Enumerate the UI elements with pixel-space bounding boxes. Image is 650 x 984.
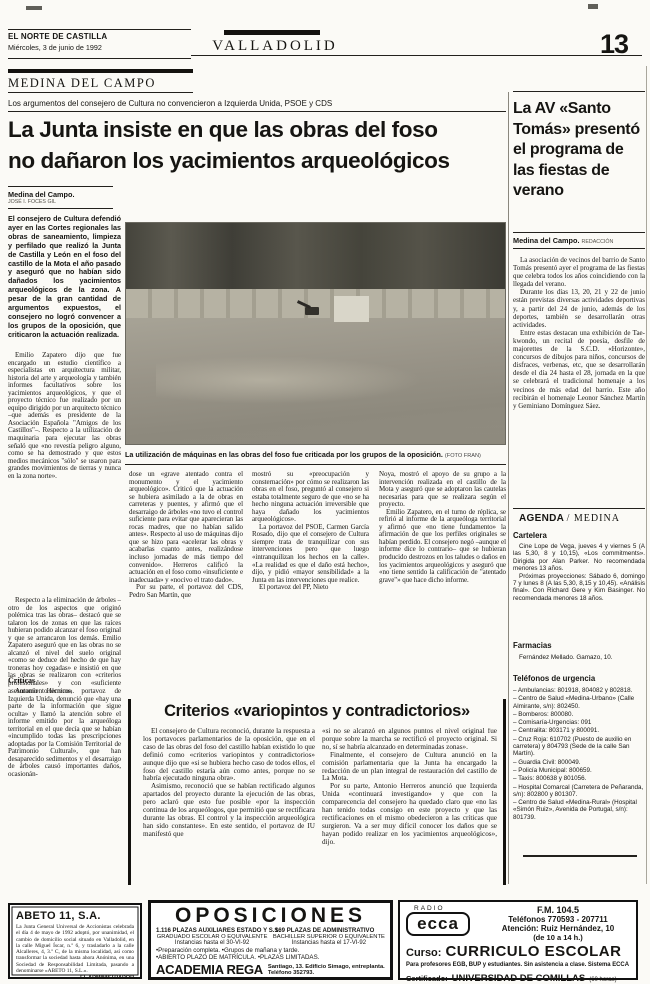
article-paragraph: El portavoz del PP, Nieto bbox=[252, 584, 369, 592]
ad-oposiciones-phone: Teléfono 352793. bbox=[268, 970, 385, 976]
article-paragraph: Emilio Zapatero dijo que fue encargado u… bbox=[8, 352, 121, 480]
scan-mark bbox=[26, 6, 42, 10]
criterios-right-bar bbox=[503, 699, 506, 885]
headline-line1: La Junta insiste en que las obras del fo… bbox=[8, 114, 506, 145]
ad-ecca: RADIO ecca F.M. 104.5 Teléfonos 770593 -… bbox=[398, 900, 638, 980]
article-paragraph: Antonio Herreros, portavoz de Izquierda … bbox=[8, 688, 121, 779]
article-paragraph: Noya, mostró el apoyo de su grupo a la i… bbox=[379, 471, 506, 509]
headline-line2: no dañaron los yacimientos arqueológicos bbox=[8, 145, 506, 176]
telefono-item: – Centro de Salud «Medina-Urbano» (Calle… bbox=[513, 695, 645, 710]
photo-excavator bbox=[297, 303, 323, 317]
telefono-item: – Cruz Roja: 610702 (Puesto de auxilio e… bbox=[513, 736, 645, 758]
ecca-logo-radio: RADIO bbox=[414, 905, 478, 912]
cartelera-item: Cine Lope de Vega, jueves 4 y viernes 5 … bbox=[513, 543, 645, 573]
region-label: MEDINA DEL CAMPO bbox=[8, 76, 156, 91]
sidebar-paragraph: Entre estas destacan una exhibición de T… bbox=[513, 329, 645, 410]
agenda-farmacias-text: Fernández Mellado. Gamazo, 10. bbox=[513, 654, 645, 661]
sidebar-byline-author: REDACCIÓN bbox=[582, 239, 614, 245]
agenda-telefonos-title: Teléfonos de urgencia bbox=[513, 674, 595, 683]
agenda-title: AGENDA / MEDINA bbox=[519, 513, 620, 524]
ecca-cert-label: Certificado: bbox=[406, 974, 448, 983]
criterios-left-bar bbox=[128, 699, 131, 885]
byline-top-rule bbox=[8, 186, 113, 187]
photo-dirt-streak bbox=[156, 356, 421, 405]
ad-oposiciones-right-plazas: 169 PLAZAS DE ADMINISTRATIVO bbox=[273, 927, 376, 934]
ad-oposiciones-left-plazas: 1.116 PLAZAS AUXILIARES ESTADO Y S.S. bbox=[156, 927, 259, 934]
cartelera-item: Próximas proyecciones: Sábado 6, domingo… bbox=[513, 573, 645, 603]
ecca-cert-hours: (60 horas) bbox=[589, 977, 616, 983]
ecca-hours: (de 10 a 14 h.) bbox=[486, 933, 630, 942]
ad-abeto-title: ABETO 11, S.A. bbox=[16, 910, 134, 922]
photo-trees bbox=[126, 223, 505, 289]
masthead-bottom-rule bbox=[191, 55, 642, 56]
article-paragraph: Emilio Zapatero, en el turno de réplica,… bbox=[379, 509, 506, 584]
ad-oposiciones-title: OPOSICIONES bbox=[156, 905, 385, 926]
region-label-rule bbox=[8, 92, 193, 93]
sidebar-paragraph: La asociación de vecinos del barrio de S… bbox=[513, 256, 645, 288]
criterios-paragraph: «si no se alcanzó en algunos puntos el n… bbox=[322, 728, 497, 752]
ecca-attention: Atención: Ruiz Hernández, 10 bbox=[486, 924, 630, 933]
ad-oposiciones-academy: ACADEMIA REGA bbox=[156, 962, 263, 977]
sidebar-paragraph: Durante los días 13, 20, 21 y 22 de juni… bbox=[513, 288, 645, 328]
agenda-cartelera: Cine Lope de Vega, jueves 4 y viernes 5 … bbox=[513, 543, 645, 602]
telefono-item: – Taxis: 800638 y 801056. bbox=[513, 775, 645, 782]
criterios-headline: Criterios «variopintos y contradictorios… bbox=[137, 702, 497, 721]
article-subhead: Críticas bbox=[8, 676, 35, 685]
article-paragraph: La portavoz del PSOE, Carmen García Rosa… bbox=[252, 524, 369, 584]
article-paragraph: Por su parte, el portavoz del CDS, Pedro… bbox=[129, 584, 243, 599]
criterios-paragraph: Finalmente, el consejero de Cultura anun… bbox=[322, 752, 497, 784]
newspaper-page: EL NORTE DE CASTILLA Miércoles, 3 de jun… bbox=[0, 0, 650, 984]
ad-oposiciones-address: Santiago, 13. Edificio Simago, entreplan… bbox=[268, 964, 385, 970]
caption-rule bbox=[125, 464, 506, 465]
agenda-telefonos: – Ambulancias: 801918, 804082 y 802818. … bbox=[513, 687, 645, 822]
ecca-fm: F.M. 104.5 bbox=[486, 905, 630, 915]
sidebar-top-rule bbox=[513, 91, 645, 92]
agenda-bottom-rule bbox=[523, 855, 637, 857]
sidebar-byline-place: Medina del Campo. bbox=[513, 236, 580, 245]
ad-oposiciones: OPOSICIONES 1.116 PLAZAS AUXILIARES ESTA… bbox=[148, 900, 393, 980]
article-col2: dose un «grave atentado contra el monume… bbox=[129, 471, 243, 695]
criterios-paragraph: Asimismo, reconoció que se habían rectif… bbox=[143, 783, 315, 838]
byline-author: JOSÉ I. FOCES GIL bbox=[8, 199, 56, 205]
telefono-item: – Hospital Comarcal (Carretera de Peñara… bbox=[513, 784, 645, 799]
telefono-item: – Centro de Salud «Medina-Rural» (Hospit… bbox=[513, 799, 645, 821]
byline-bottom-rule bbox=[8, 208, 113, 209]
masthead-date: Miércoles, 3 de junio de 1992 bbox=[8, 43, 102, 52]
ecca-course-name: CURRICULO ESCOLAR bbox=[445, 943, 621, 960]
article-col1: Emilio Zapatero dijo que fue encargado u… bbox=[8, 352, 121, 602]
telefono-item: – Centralita: 803171 y 800091. bbox=[513, 727, 645, 734]
ecca-course-label: Curso: bbox=[406, 947, 441, 959]
ad-oposiciones-right-deadline: Instancias hasta el 17-VI-92 bbox=[273, 940, 385, 946]
sidebar-byline: Medina del Campo. REDACCIÓN bbox=[513, 236, 613, 245]
agenda-farmacias-title: Farmacias bbox=[513, 641, 552, 650]
photo-caption-text: La utilización de máquinas en las obras … bbox=[125, 450, 443, 459]
byline-place: Medina del Campo. bbox=[8, 190, 75, 199]
masthead-left-rule bbox=[8, 58, 191, 59]
criterios-col2: «si no se alcanzó en algunos puntos el n… bbox=[322, 728, 497, 884]
article-photo bbox=[125, 222, 506, 445]
ecca-phones: Teléfonos 770593 - 207711 bbox=[486, 915, 630, 924]
telefono-item: – Guardia Civil: 800049. bbox=[513, 759, 645, 766]
photo-caption: La utilización de máquinas en las obras … bbox=[125, 450, 506, 459]
agenda-title-right: / MEDINA bbox=[567, 513, 620, 524]
headline: La Junta insiste en que las obras del fo… bbox=[8, 114, 506, 176]
sidebar-byline-bottom-rule bbox=[513, 248, 645, 249]
paper-name: EL NORTE DE CASTILLA bbox=[8, 32, 107, 41]
ecca-cert-name: UNIVERSIDAD DE COMILLAS bbox=[452, 973, 586, 984]
kicker-rule bbox=[8, 111, 506, 112]
ad-oposiciones-bullets1: •Preparación completa. •Grupos de mañana… bbox=[156, 947, 385, 954]
section-bar bbox=[224, 30, 320, 35]
agenda-cartelera-title: Cartelera bbox=[513, 531, 547, 540]
main-sidebar-divider bbox=[508, 92, 509, 884]
sidebar-byline-top-rule bbox=[513, 232, 645, 233]
article-lead: El consejero de Cultura defendió ayer en… bbox=[8, 215, 121, 340]
telefono-item: – Policía Municipal: 800659. bbox=[513, 767, 645, 774]
kicker: Los argumentos del consejero de Cultura … bbox=[8, 99, 506, 108]
article-col4: Noya, mostró el apoyo de su grupo a la i… bbox=[379, 471, 506, 695]
ad-abeto-body: La Junta General Universal de Accionista… bbox=[16, 924, 134, 974]
ecca-logo: RADIO ecca bbox=[406, 905, 478, 942]
criterios-col1: El consejero de Cultura reconoció, duran… bbox=[143, 728, 315, 884]
telefono-item: – Ambulancias: 801918, 804082 y 802818. bbox=[513, 687, 645, 694]
ad-oposiciones-bullets2: •ABIERTO PLAZO DE MATRÍCULA. •PLAZAS LIM… bbox=[156, 954, 385, 961]
agenda-title-left: AGENDA bbox=[519, 513, 564, 524]
criterios-paragraph: El consejero de Cultura reconoció, duran… bbox=[143, 728, 315, 783]
sidebar-body: La asociación de vecinos del barrio de S… bbox=[513, 256, 645, 506]
telefono-item: – Comisaría-Urgencias: 091 bbox=[513, 719, 645, 726]
agenda-top-rule bbox=[513, 508, 645, 509]
region-label-bar bbox=[8, 69, 193, 73]
photo-credit: (FOTO FRAN) bbox=[445, 453, 481, 459]
excavator-body bbox=[305, 307, 319, 315]
page-right-rule bbox=[646, 66, 647, 884]
ad-oposiciones-left-deadline: Instancias hasta el 30-VI-92 bbox=[156, 940, 268, 946]
sidebar-headline: La AV «Santo Tomás» presentó el programa… bbox=[513, 99, 645, 202]
article-col1c: Antonio Herreros, portavoz de Izquierda … bbox=[8, 688, 121, 880]
article-paragraph: mostró su «preocupación y consternación»… bbox=[252, 471, 369, 524]
ecca-logo-box: ecca bbox=[406, 912, 470, 936]
scan-mark bbox=[588, 4, 598, 9]
section-title: VALLADOLID bbox=[190, 38, 360, 55]
ecca-audience: Para profesores EGB, BUP y estudiantes. … bbox=[406, 961, 623, 968]
ad-abeto: ABETO 11, S.A. La Junta General Universa… bbox=[8, 903, 142, 979]
ad-abeto-signature: EL ADMINISTRADOR bbox=[16, 975, 134, 981]
telefono-item: – Bomberos: 800080. bbox=[513, 711, 645, 718]
masthead-top-rule bbox=[8, 29, 191, 30]
article-col3: mostró su «preocupación y consternación»… bbox=[252, 471, 369, 695]
criterios-paragraph: Por su parte, Antonio Herreros anunció q… bbox=[322, 783, 497, 846]
article-paragraph: dose un «grave atentado contra el monume… bbox=[129, 471, 243, 584]
photo-building bbox=[334, 296, 368, 323]
